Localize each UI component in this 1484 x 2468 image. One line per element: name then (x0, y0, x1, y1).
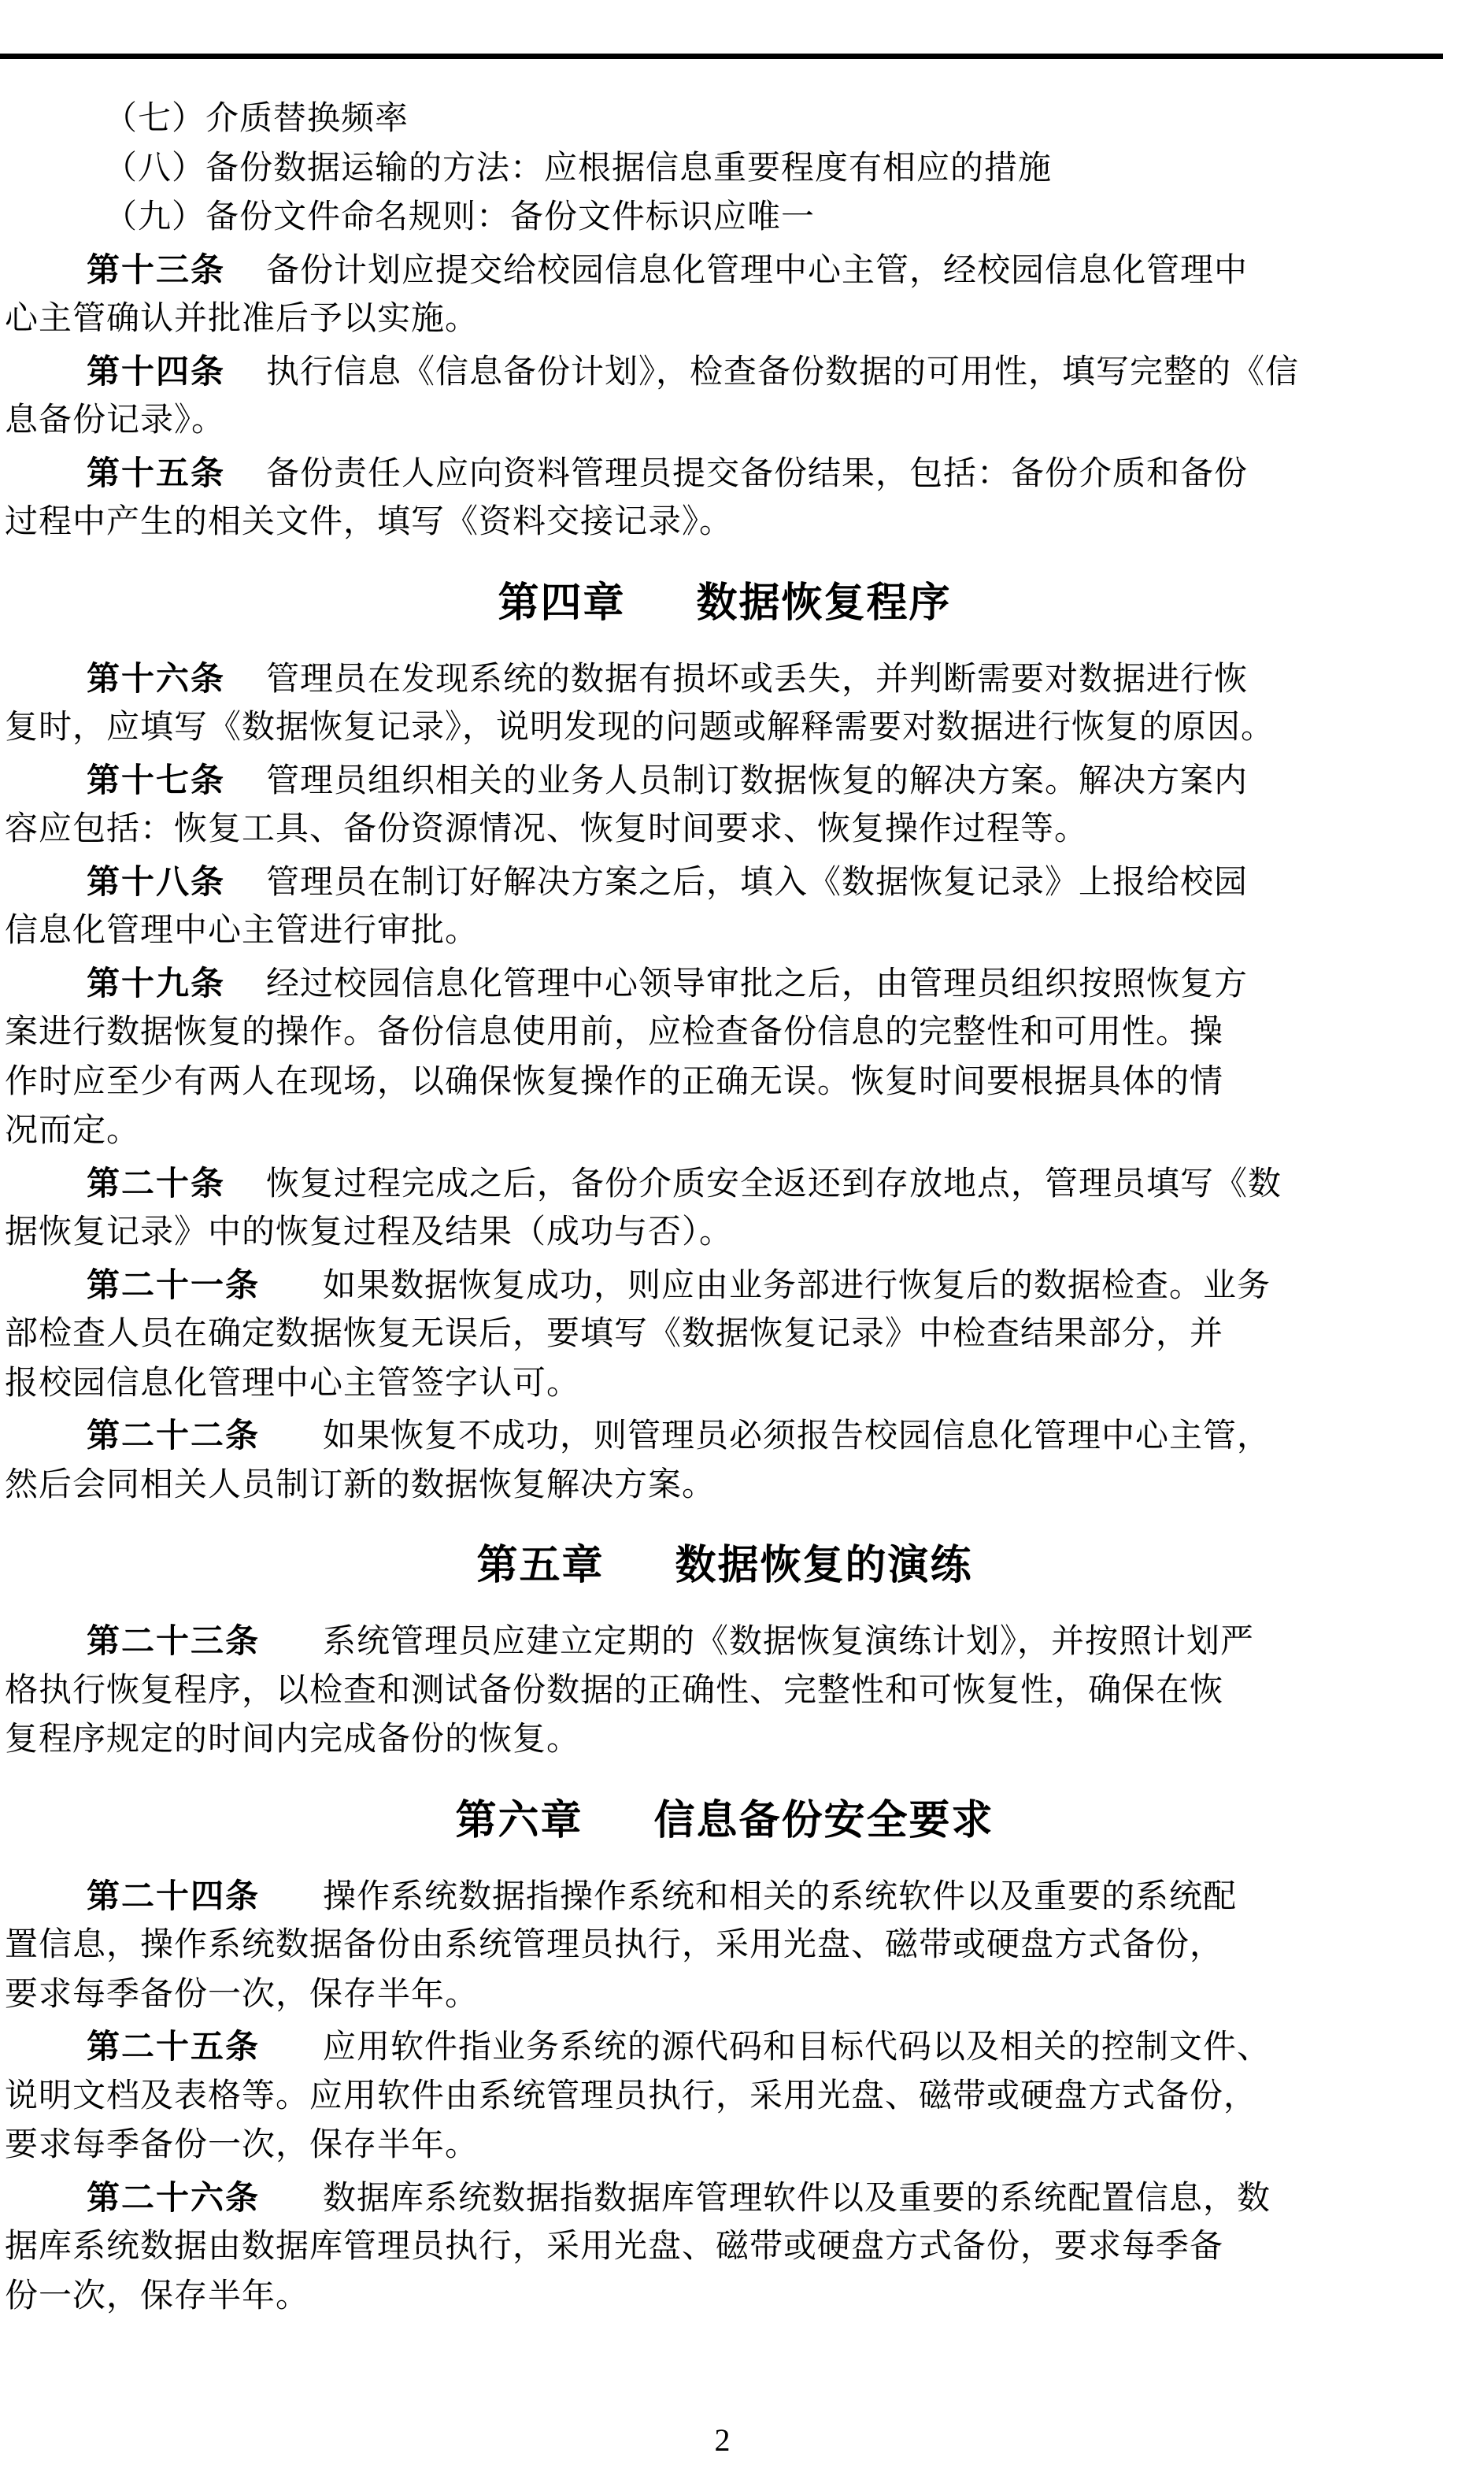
paragraph-line: 据库系统数据由数据库管理员执行，采用光盘、磁带或硬盘方式备份，要求每季备 (5, 2222, 1445, 2272)
paragraph-line: 过程中产生的相关文件，填写《资料交接记录》。 (5, 498, 1445, 547)
chapter-number: 第六章 (455, 1798, 583, 1844)
text-line: 部检查人员在确定数据恢复无误后，要填写《数据恢复记录》中检查结果部分，并 (5, 1316, 1223, 1352)
text-line: 置信息，操作系统数据备份由系统管理员执行，采用光盘、磁带或硬盘方式备份， (5, 1927, 1223, 1963)
paragraph-line: 案进行数据恢复的操作。备份信息使用前，应检查备份信息的完整性和可用性。操 (5, 1008, 1445, 1058)
list-item-line: （七）介质替换频率 (5, 94, 1445, 144)
text-line: 要求每季备份一次，保存半年。 (5, 2127, 479, 2163)
text-line: （八）备份数据运输的方法：应根据信息重要程度有相应的措施 (104, 150, 1052, 187)
paragraph-line: 第二十四条操作系统数据指操作系统和相关的系统软件以及重要的系统配 (5, 1872, 1445, 1921)
paragraph-line: 况而定。 (5, 1106, 1445, 1156)
document-page: （七）介质替换频率（八）备份数据运输的方法：应根据信息重要程度有相应的措施（九）… (0, 0, 1484, 2468)
article-number: 第二十五条 (87, 2028, 260, 2065)
paragraph-line: 第二十五条应用软件指业务系统的源代码和目标代码以及相关的控制文件、 (5, 2022, 1445, 2072)
chapter-number: 第五章 (476, 1543, 604, 1588)
paragraph-line: 容应包括：恢复工具、备份资源情况、恢复时间要求、恢复操作过程等。 (5, 805, 1445, 854)
paragraph-line: 要求每季备份一次，保存半年。 (5, 2121, 1445, 2170)
chapter-heading: 第六章信息备份安全要求 (5, 1793, 1445, 1848)
paragraph-line: 说明文档及表格等。应用软件由系统管理员执行，采用光盘、磁带或硬盘方式备份， (5, 2072, 1445, 2122)
text-line: 备份责任人应向资料管理员提交备份结果，包括：备份介质和备份 (266, 456, 1248, 492)
text-line: 操作系统数据指操作系统和相关的系统软件以及重要的系统配 (323, 1879, 1237, 1915)
text-line: 格执行恢复程序，以检查和测试备份数据的正确性、完整性和可恢复性，确保在恢 (5, 1673, 1223, 1709)
text-line: 案进行数据恢复的操作。备份信息使用前，应检查备份信息的完整性和可用性。操 (5, 1014, 1223, 1051)
article-number: 第二十三条 (87, 1622, 260, 1659)
text-line: 管理员在发现系统的数据有损坏或丢失，并判断需要对数据进行恢 (266, 661, 1248, 698)
paragraph-line: 息备份记录》。 (5, 396, 1445, 446)
paragraph-line: 复程序规定的时间内完成备份的恢复。 (5, 1715, 1445, 1765)
paragraph-line: 要求每季备份一次，保存半年。 (5, 1970, 1445, 2020)
text-line: 复时，应填写《数据恢复记录》，说明发现的问题或解释需要对数据进行恢复的原因。 (5, 710, 1275, 746)
text-line: （七）介质替换频率 (104, 101, 409, 137)
chapter-number: 第四章 (498, 580, 625, 626)
text-line: 过程中产生的相关文件，填写《资料交接记录》。 (5, 504, 733, 540)
article-number: 第二十一条 (87, 1266, 260, 1303)
article-number: 第十八条 (87, 863, 225, 900)
paragraph-line: 作时应至少有两人在现场，以确保恢复操作的正确无误。恢复时间要根据具体的情 (5, 1058, 1445, 1107)
text-line: 恢复过程完成之后，备份介质安全返还到存放地点，管理员填写《数 (266, 1166, 1282, 1203)
text-line: 份一次，保存半年。 (5, 2278, 309, 2314)
paragraph-line: 格执行恢复程序，以检查和测试备份数据的正确性、完整性和可恢复性，确保在恢 (5, 1666, 1445, 1716)
text-line: 应用软件指业务系统的源代码和目标代码以及相关的控制文件、 (323, 2029, 1271, 2066)
paragraph-line: 复时，应填写《数据恢复记录》，说明发现的问题或解释需要对数据进行恢复的原因。 (5, 703, 1445, 753)
text-line: 要求每季备份一次，保存半年。 (5, 1977, 479, 2013)
paragraph-line: 第十五条备份责任人应向资料管理员提交备份结果，包括：备份介质和备份 (5, 449, 1445, 498)
header-rule (0, 54, 1443, 59)
paragraph-line: 第二十三条系统管理员应建立定期的《数据恢复演练计划》，并按照计划严 (5, 1617, 1445, 1666)
paragraph-line: 第十八条管理员在制订好解决方案之后，填入《数据恢复记录》上报给校园 (5, 858, 1445, 907)
article-number: 第十六条 (87, 660, 225, 697)
paragraph-line: 信息化管理中心主管进行审批。 (5, 906, 1445, 956)
article-number: 第十九条 (87, 965, 225, 1002)
article-number: 第十七条 (87, 762, 225, 799)
article-number: 第十三条 (87, 251, 225, 288)
page-number: 2 (0, 2416, 1445, 2465)
text-line: 信息化管理中心主管进行审批。 (5, 913, 479, 949)
text-line: 容应包括：恢复工具、备份资源情况、恢复时间要求、恢复操作过程等。 (5, 811, 1088, 847)
text-line: 说明文档及表格等。应用软件由系统管理员执行，采用光盘、磁带或硬盘方式备份， (5, 2078, 1257, 2114)
text-line: 据恢复记录》中的恢复过程及结果（成功与否）。 (5, 1214, 733, 1251)
document-body: （七）介质替换频率（八）备份数据运输的方法：应根据信息重要程度有相应的措施（九）… (5, 94, 1445, 2321)
text-line: 经过校园信息化管理中心领导审批之后，由管理员组织按照恢复方 (266, 966, 1248, 1002)
article-number: 第二十条 (87, 1165, 225, 1202)
paragraph-line: 第二十一条如果数据恢复成功，则应由业务部进行恢复后的数据检查。业务 (5, 1261, 1445, 1310)
paragraph-line: 第二十二条如果恢复不成功，则管理员必须报告校园信息化管理中心主管， (5, 1411, 1445, 1461)
list-item-line: （八）备份数据运输的方法：应根据信息重要程度有相应的措施 (5, 144, 1445, 194)
article-number: 第十五条 (87, 454, 225, 491)
text-line: 管理员在制订好解决方案之后，填入《数据恢复记录》上报给校园 (266, 865, 1248, 901)
chapter-title: 数据恢复的演练 (675, 1543, 973, 1588)
paragraph-line: 据恢复记录》中的恢复过程及结果（成功与否）。 (5, 1208, 1445, 1258)
text-line: 然后会同相关人员制订新的数据恢复解决方案。 (5, 1467, 716, 1503)
text-line: 况而定。 (5, 1113, 140, 1149)
paragraph-line: 然后会同相关人员制订新的数据恢复解决方案。 (5, 1461, 1445, 1510)
text-line: 复程序规定的时间内完成备份的恢复。 (5, 1721, 580, 1758)
text-line: 管理员组织相关的业务人员制订数据恢复的解决方案。解决方案内 (266, 763, 1248, 799)
paragraph-line: 第二十六条数据库系统数据指数据库管理软件以及重要的系统配置信息，数 (5, 2173, 1445, 2223)
text-line: （九）备份文件命名规则：备份文件标识应唯一 (104, 199, 815, 235)
text-line: 心主管确认并批准后予以实施。 (5, 301, 479, 337)
article-number: 第二十二条 (87, 1417, 260, 1454)
chapter-title: 信息备份安全要求 (654, 1798, 994, 1844)
text-line: 如果数据恢复成功，则应由业务部进行恢复后的数据检查。业务 (323, 1268, 1271, 1304)
text-line: 息备份记录》。 (5, 402, 225, 439)
paragraph-line: 部检查人员在确定数据恢复无误后，要填写《数据恢复记录》中检查结果部分，并 (5, 1310, 1445, 1359)
text-line: 据库系统数据由数据库管理员执行，采用光盘、磁带或硬盘方式备份，要求每季备 (5, 2229, 1223, 2265)
paragraph-line: 第十三条备份计划应提交给校园信息化管理中心主管，经校园信息化管理中 (5, 246, 1445, 295)
chapter-heading: 第五章数据恢复的演练 (5, 1538, 1445, 1593)
paragraph-line: 第十四条执行信息《信息备份计划》，检查备份数据的可用性，填写完整的《信 (5, 347, 1445, 397)
paragraph-line: 第二十条恢复过程完成之后，备份介质安全返还到存放地点，管理员填写《数 (5, 1159, 1445, 1209)
paragraph-line: 份一次，保存半年。 (5, 2272, 1445, 2322)
paragraph-line: 第十九条经过校园信息化管理中心领导审批之后，由管理员组织按照恢复方 (5, 959, 1445, 1009)
article-number: 第十四条 (87, 353, 225, 390)
text-line: 作时应至少有两人在现场，以确保恢复操作的正确无误。恢复时间要根据具体的情 (5, 1064, 1223, 1100)
chapter-heading: 第四章数据恢复程序 (5, 576, 1445, 631)
text-line: 备份计划应提交给校园信息化管理中心主管，经校园信息化管理中 (266, 253, 1248, 289)
paragraph-line: 第十七条管理员组织相关的业务人员制订数据恢复的解决方案。解决方案内 (5, 756, 1445, 806)
text-line: 数据库系统数据指数据库管理软件以及重要的系统配置信息，数 (323, 2181, 1271, 2217)
chapter-title: 数据恢复程序 (697, 580, 952, 626)
text-line: 系统管理员应建立定期的《数据恢复演练计划》，并按照计划严 (323, 1624, 1254, 1660)
article-number: 第二十四条 (87, 1877, 260, 1914)
paragraph-line: 置信息，操作系统数据备份由系统管理员执行，采用光盘、磁带或硬盘方式备份， (5, 1921, 1445, 1970)
article-number: 第二十六条 (87, 2179, 260, 2216)
text-line: 执行信息《信息备份计划》，检查备份数据的可用性，填写完整的《信 (266, 354, 1299, 391)
text-line: 如果恢复不成功，则管理员必须报告校园信息化管理中心主管， (323, 1418, 1271, 1454)
text-line: 报校园信息化管理中心主管签字认可。 (5, 1366, 580, 1402)
list-item-line: （九）备份文件命名规则：备份文件标识应唯一 (5, 193, 1445, 243)
paragraph-line: 报校园信息化管理中心主管签字认可。 (5, 1359, 1445, 1409)
paragraph-line: 心主管确认并批准后予以实施。 (5, 295, 1445, 344)
paragraph-line: 第十六条管理员在发现系统的数据有损坏或丢失，并判断需要对数据进行恢 (5, 654, 1445, 704)
